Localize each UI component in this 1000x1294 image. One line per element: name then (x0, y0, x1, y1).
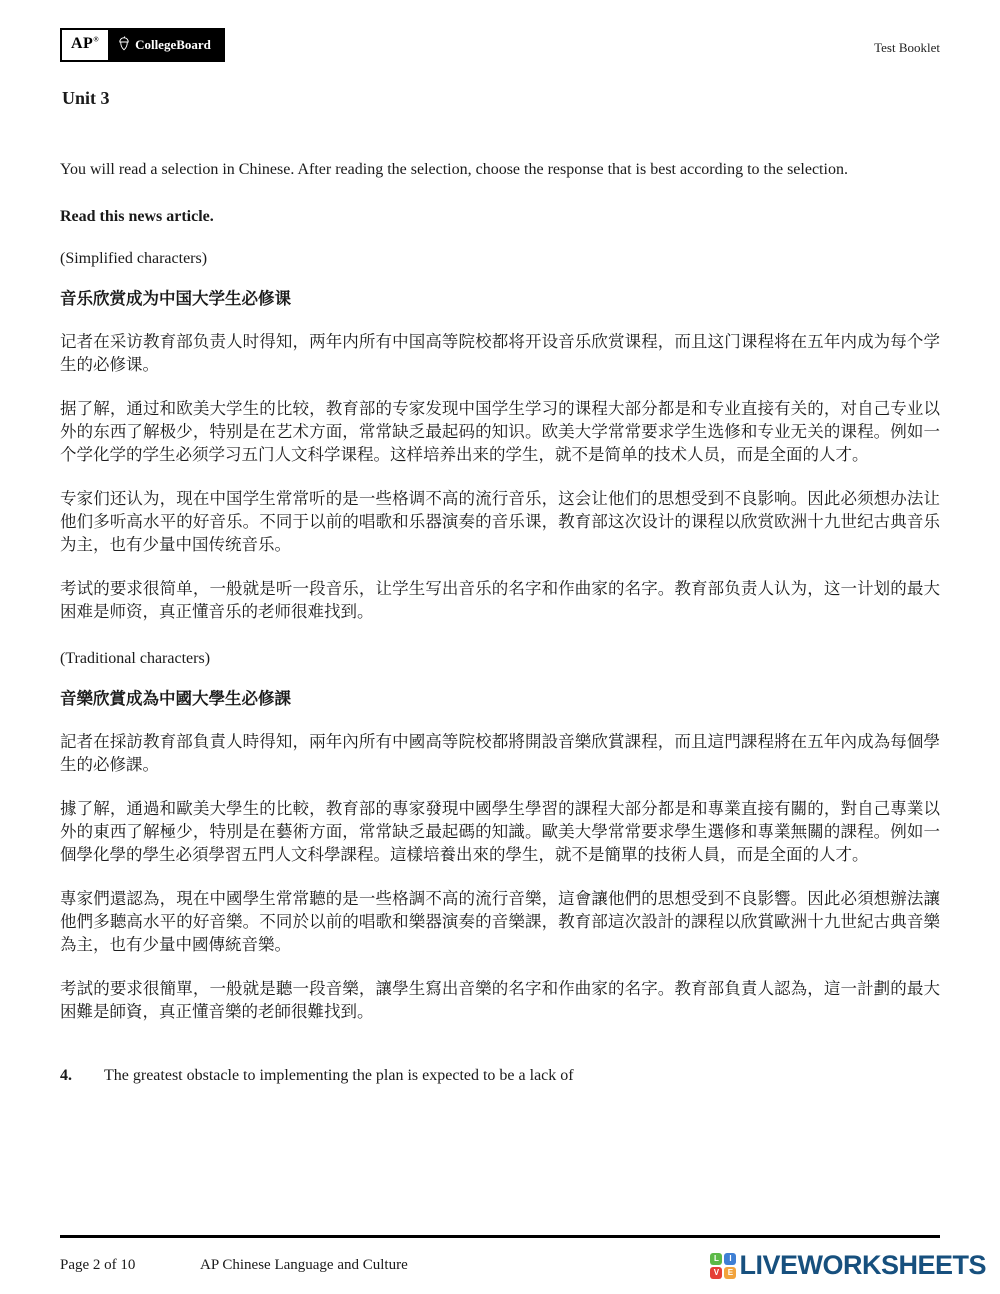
collegeboard-logo-box: CollegeBoard (108, 30, 223, 60)
simplified-paragraph-1: 记者在采访教育部负责人时得知，两年内所有中国高等院校都将开设音乐欣赏课程，而且这… (60, 330, 940, 376)
read-directive: Read this news article. (60, 208, 940, 226)
page-footer: Page 2 of 10 AP Chinese Language and Cul… (60, 1235, 940, 1280)
page-number-label: Page 2 of 10 (60, 1257, 200, 1274)
ap-collegeboard-logo: AP® CollegeBoard (60, 28, 225, 62)
question-text: The greatest obstacle to implementing th… (104, 1067, 940, 1085)
question-number: 4. (60, 1067, 104, 1085)
live-tile-e: E (724, 1267, 736, 1279)
traditional-paragraph-3: 專家們還認為，現在中國學生常常聽的是一些格調不高的流行音樂，這會讓他們的思想受到… (60, 887, 940, 956)
ap-logo-mark: AP® (62, 30, 108, 60)
simplified-characters-label: (Simplified characters) (60, 250, 940, 268)
test-booklet-page: AP® CollegeBoard Test Booklet Unit 3 You… (0, 0, 1000, 1085)
test-booklet-label: Test Booklet (874, 40, 940, 56)
collegeboard-logo-text: CollegeBoard (135, 37, 211, 53)
live-tile-i: I (724, 1253, 736, 1265)
page-header: AP® CollegeBoard Test Booklet (60, 28, 940, 62)
liveworksheets-icon: L I V E (710, 1253, 736, 1279)
traditional-characters-label: (Traditional characters) (60, 650, 940, 668)
liveworksheets-logo: L I V E LIVEWORKSHEETS (710, 1250, 986, 1281)
traditional-paragraph-1: 記者在採訪教育部負責人時得知，兩年內所有中國高等院校都將開設音樂欣賞課程，而且這… (60, 730, 940, 776)
traditional-paragraph-4: 考試的要求很簡單，一般就是聽一段音樂，讓學生寫出音樂的名字和作曲家的名字。教育部… (60, 977, 940, 1023)
live-tile-l: L (710, 1253, 722, 1265)
unit-title: Unit 3 (62, 88, 940, 109)
live-tile-v: V (710, 1267, 722, 1279)
article-title-simplified: 音乐欣赏成为中国大学生必修课 (60, 285, 940, 309)
registered-mark: ® (93, 36, 99, 44)
simplified-paragraph-3: 专家们还认为，现在中国学生常常听的是一些格调不高的流行音乐，这会让他们的思想受到… (60, 487, 940, 556)
footer-divider (60, 1235, 940, 1238)
question-4: 4. The greatest obstacle to implementing… (60, 1067, 940, 1085)
simplified-paragraph-4: 考试的要求很简单，一般就是听一段音乐，让学生写出音乐的名字和作曲家的名字。教育部… (60, 577, 940, 623)
article-title-traditional: 音樂欣賞成為中國大學生必修課 (60, 685, 940, 709)
liveworksheets-logo-text: LIVEWORKSHEETS (739, 1250, 986, 1281)
collegeboard-acorn-icon (118, 36, 130, 55)
traditional-paragraph-2: 據了解，通過和歐美大學生的比較，教育部的專家發現中國學生學習的課程大部分都是和專… (60, 797, 940, 866)
ap-logo-text: AP (71, 35, 93, 52)
simplified-paragraph-2: 据了解，通过和欧美大学生的比较，教育部的专家发现中国学生学习的课程大部分都是和专… (60, 397, 940, 466)
course-title-label: AP Chinese Language and Culture (200, 1257, 408, 1274)
instructions-text: You will read a selection in Chinese. Af… (60, 159, 930, 182)
